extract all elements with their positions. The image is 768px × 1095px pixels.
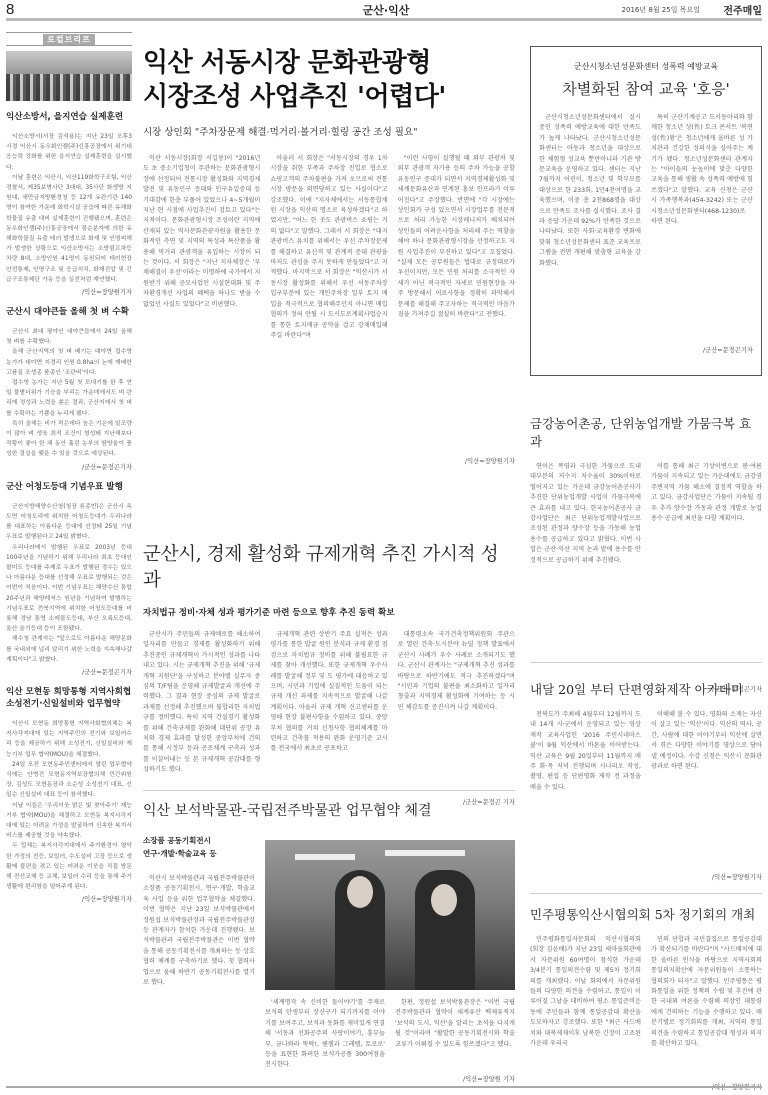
boxed-kicker: 군산시청소년성문화센터 성폭력 예방교육 — [539, 61, 753, 72]
article-headline: 내달 20일 부터 단편영화제작 아카데미 — [530, 680, 762, 698]
byline: /익산=장양원기자 — [143, 456, 515, 465]
header-rule — [6, 18, 762, 21]
lead-headline: 익산 서동시장 문화관광형 시장조성 사업추진 '어렵다' — [143, 46, 515, 114]
left-briefs-column: 로컬브리프 익산소방서, 을지연습 실제훈련 익산소방서(서장 김석용)는 지난… — [6, 32, 132, 911]
fire-drill-photo — [6, 51, 132, 101]
brief-title: 군산시 대야큰들 올해 첫 벼 수확 — [6, 306, 132, 318]
article-headline: 민주평통익산시협의회 5차 정기회의 개최 — [530, 905, 762, 923]
right-article: 금강농어촌공, 단위농업개발 가뭄극복 효과 연이은 폭염과 극심한 가뭄으로 … — [530, 414, 762, 693]
divider — [530, 662, 762, 663]
right-article: 내달 20일 부터 단편영화제작 아카데미 전북도가 주최해 4월부터 12월까… — [530, 680, 762, 881]
divider — [530, 893, 762, 894]
museum-agreement-photo — [265, 840, 515, 990]
byline: /군산=문정곤기자 — [539, 345, 753, 354]
page-bottom-rule — [6, 1086, 762, 1088]
page-number: 8 — [6, 1, 14, 18]
divider — [143, 790, 515, 791]
page-header: 8 군산·익산 2016년 8월 25일 목요일 전주매일 — [6, 0, 762, 18]
boxed-article: 군산시청소년성문화센터 성폭력 예방교육 차별화된 참여 교육 '호응' 군산시… — [530, 46, 762, 376]
section-name: 군산·익산 — [336, 2, 436, 18]
byline: /익산=장양원기자 — [6, 894, 132, 903]
regulation-reform-article: 군산시, 경제 활성화 규제개혁 추진 가시적 성과 자치법규 정비·자체 성과… — [143, 540, 515, 806]
article-subheadline: 자치법규 정비·자체 성과 평가기준 마련 등으로 향후 추진 동력 확보 — [143, 606, 515, 618]
brief-title: 군산 어청도등대 기념우표 발행 — [6, 481, 132, 493]
right-article: 민주평통익산시협의회 5차 정기회의 개최 민주평화통일자문회의 익산시협의회(… — [530, 905, 762, 1091]
article-headline: 익산 보석박물관-국립전주박물관 업무협약 체결 — [143, 800, 515, 820]
newspaper-name: 전주매일 — [723, 2, 762, 17]
article-headline: 군산시, 경제 활성화 규제개혁 추진 가시적 성과 — [143, 540, 515, 592]
lead-subheadline: 시장 상인회 "주차장문제 해결·먹거리·볼거리·힐링 공간 조성 필요" — [143, 124, 515, 138]
byline: /익산=장양원 기자 — [463, 1074, 515, 1083]
brief-article: 군산 어청도등대 기념우표 발행 군산지방해양수산청(청장 류종빈)은 군산시 … — [6, 481, 132, 676]
brief-article: 익산소방서, 을지연습 실제훈련 익산소방서(서장 김석용)는 지난 23일 오… — [6, 111, 132, 296]
brief-article: 익산 모현동 희망통형 지역사회협 소성전기·신일설비와 업무협약 익산시 모현… — [6, 686, 132, 903]
lead-article: 익산 서동시장 문화관광형 시장조성 사업추진 '어렵다' 시장 상인회 "주차… — [143, 46, 515, 465]
article-headline: 금강농어촌공, 단위농업개발 가뭄극복 효과 — [530, 414, 762, 450]
lead-body: 익산 서동시장(회장 서길봉)이 "2016년도 초 중소기업청이 주관하는 문… — [143, 154, 515, 454]
byline: /군산=문정곤기자 — [6, 667, 132, 676]
issue-date: 2016년 8월 25일 목요일 — [622, 5, 700, 15]
boxed-headline: 차별화된 참여 교육 '호응' — [539, 78, 753, 99]
brief-title: 익산소방서, 을지연습 실제훈련 — [6, 111, 132, 123]
byline: /익산=장양원기자 — [6, 287, 132, 296]
brief-article: 군산시 대야큰들 올해 첫 벼 수확 군산시 최대 평야인 대야큰들에서 24일… — [6, 306, 132, 471]
brief-title: 익산 모현동 희망통형 지역사회협 소성전기·신일설비와 업무협약 — [6, 686, 132, 710]
museum-article: 익산 보석박물관-국립전주박물관 업무협약 체결 소장품 공동기획전시 연구·개… — [143, 800, 515, 1090]
local-brief-label: 로컬브리프 — [6, 32, 132, 46]
byline: /군산=문정곤기자 — [6, 462, 132, 471]
article-subheadline: 소장품 공동기획전시 연구·개발·학술교육 등 — [143, 834, 255, 860]
byline: /익산=장양원기자 — [530, 872, 762, 881]
